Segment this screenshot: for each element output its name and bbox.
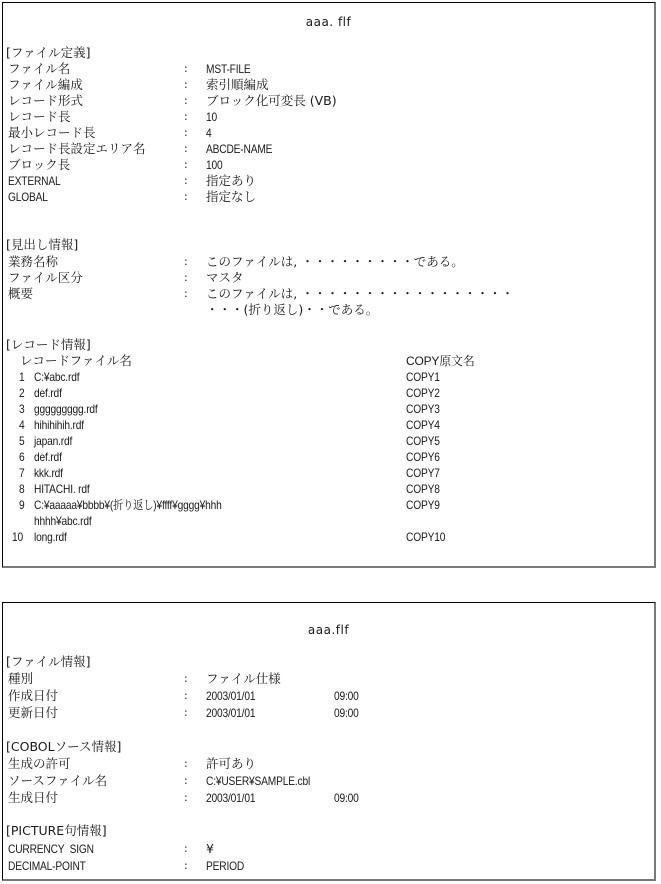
colon-separator: : — [184, 705, 188, 721]
field-label: EXTERNAL — [8, 173, 61, 189]
panel-title: aaa.flf — [3, 622, 654, 638]
colon-separator: : — [184, 286, 188, 302]
record-number: 6 — [19, 449, 25, 465]
colon-separator: : — [184, 93, 188, 109]
field-value: このファイルは, ・・・・・・・・・である。 — [206, 254, 464, 270]
date-value: 2003/01/01 — [206, 688, 255, 704]
section-heading-info: [見出し情報] — [6, 237, 78, 253]
field-label: DECIMAL-POINT — [8, 858, 86, 874]
field-label: ファイル編成 — [8, 77, 83, 93]
column-header-record-file: レコードファイル名 — [20, 353, 132, 369]
record-number: 2 — [19, 385, 25, 401]
time-value: 09:00 — [334, 790, 359, 806]
field-label: レコード長設定エリア名 — [8, 141, 146, 157]
section-picture-info: [PICTURE句情報] — [6, 823, 107, 839]
field-value: PERIOD — [206, 858, 244, 874]
field-label: GLOBAL — [8, 189, 48, 205]
record-copy-name: COPY2 — [406, 385, 440, 401]
time-value: 09:00 — [334, 705, 359, 721]
section-file-info: [ファイル情報] — [6, 654, 91, 670]
record-file-name: C:¥abc.rdf — [34, 369, 79, 385]
field-label: 種別 — [8, 671, 33, 687]
record-copy-name: COPY9 — [406, 497, 440, 513]
record-file-name-continuation: hhhh¥abc.rdf — [34, 513, 92, 529]
field-value: ¥ — [206, 841, 214, 857]
field-value: 4 — [206, 125, 212, 141]
colon-separator: : — [184, 841, 188, 857]
record-copy-name: COPY6 — [406, 449, 440, 465]
field-label: ソースファイル名 — [8, 773, 107, 789]
record-copy-name: COPY5 — [406, 433, 440, 449]
panel-title: aaa. flf — [3, 14, 654, 30]
field-value-continuation: ・・・(折り返し)・・である。 — [206, 302, 378, 318]
record-file-name: ggggggggg.rdf — [34, 401, 98, 417]
field-label: ブロック長 — [8, 157, 70, 173]
field-value: 指定あり — [206, 173, 256, 189]
record-copy-name: COPY10 — [406, 529, 445, 545]
record-copy-name: COPY7 — [406, 465, 440, 481]
section-record-info: [レコード情報] — [6, 337, 91, 353]
column-header-copy-label: COPY原文名 — [406, 353, 475, 369]
colon-separator: : — [184, 858, 188, 874]
field-value: 10 — [206, 109, 217, 125]
record-number: 1 — [19, 369, 25, 385]
field-value: 索引順編成 — [206, 77, 269, 93]
record-number: 8 — [19, 481, 25, 497]
field-label: 生成の許可 — [8, 756, 71, 772]
record-number: 9 — [19, 497, 25, 513]
file-info-panel: aaa.flf [ファイル情報] 種別 : ファイル仕様 作成日付 : 2003… — [2, 602, 656, 881]
record-number: 4 — [19, 417, 25, 433]
field-label: 作成日付 — [8, 688, 58, 704]
section-file-definition: [ファイル定義] — [6, 45, 91, 61]
record-file-name: long.rdf — [34, 529, 67, 545]
record-number: 3 — [19, 401, 25, 417]
record-file-name: HITACHI. rdf — [34, 481, 90, 497]
field-value: ブロック化可変長 (VB) — [206, 93, 337, 109]
record-file-name: C:¥aaaaa¥bbbb¥(折り返し)¥ffff¥gggg¥hhh — [34, 497, 222, 513]
colon-separator: : — [184, 254, 188, 270]
field-value: 許可あり — [206, 756, 256, 772]
column-header-copy: COPY原文名 — [406, 353, 475, 369]
colon-separator: : — [184, 173, 188, 189]
colon-separator: : — [184, 61, 188, 77]
record-copy-name: COPY3 — [406, 401, 440, 417]
colon-separator: : — [184, 790, 188, 806]
field-label: レコード形式 — [8, 93, 83, 109]
record-file-name: japan.rdf — [34, 433, 72, 449]
record-number: 5 — [19, 433, 25, 449]
record-file-name: def.rdf — [34, 385, 62, 401]
section-cobol-source-info: [COBOLソース情報] — [6, 739, 121, 755]
record-copy-name: COPY1 — [406, 369, 440, 385]
field-label: CURRENCY SIGN — [8, 841, 94, 857]
record-copy-name: COPY8 — [406, 481, 440, 497]
colon-separator: : — [184, 773, 188, 789]
colon-separator: : — [184, 141, 188, 157]
field-label: 生成日付 — [8, 790, 58, 806]
colon-separator: : — [184, 688, 188, 704]
field-label: 更新日付 — [8, 705, 58, 721]
file-definition-panel: aaa. flf [ファイル定義] ファイル名 : MST-FILE ファイル編… — [2, 2, 656, 568]
field-value: このファイルは, ・・・・・・・・・・・・・・・・・ — [206, 286, 514, 302]
record-file-name: def.rdf — [34, 449, 62, 465]
colon-separator: : — [184, 189, 188, 205]
field-value: マスタ — [206, 270, 244, 286]
colon-separator: : — [184, 109, 188, 125]
field-value: 指定なし — [206, 189, 256, 205]
field-value: MST-FILE — [206, 61, 251, 77]
field-label: 概要 — [8, 286, 33, 302]
colon-separator: : — [184, 77, 188, 93]
field-label: レコード長 — [8, 109, 71, 125]
time-value: 09:00 — [334, 688, 359, 704]
field-value: ファイル仕様 — [206, 671, 281, 687]
colon-separator: : — [184, 671, 188, 687]
field-value: ABCDE-NAME — [206, 141, 272, 157]
date-value: 2003/01/01 — [206, 705, 255, 721]
record-number: 10 — [12, 529, 23, 545]
date-value: 2003/01/01 — [206, 790, 255, 806]
colon-separator: : — [184, 270, 188, 286]
record-file-name: hihihihih.rdf — [34, 417, 84, 433]
colon-separator: : — [184, 756, 188, 772]
colon-separator: : — [184, 125, 188, 141]
colon-separator: : — [184, 157, 188, 173]
field-label: 業務名称 — [8, 254, 58, 270]
field-label: 最小レコード長 — [8, 125, 96, 141]
record-file-name: kkk.rdf — [34, 465, 63, 481]
field-value: C:¥USER¥SAMPLE.cbl — [206, 773, 310, 789]
record-number: 7 — [19, 465, 25, 481]
field-label: ファイル名 — [8, 61, 70, 77]
record-copy-name: COPY4 — [406, 417, 440, 433]
field-value: 100 — [206, 157, 223, 173]
field-label: ファイル区分 — [8, 270, 83, 286]
